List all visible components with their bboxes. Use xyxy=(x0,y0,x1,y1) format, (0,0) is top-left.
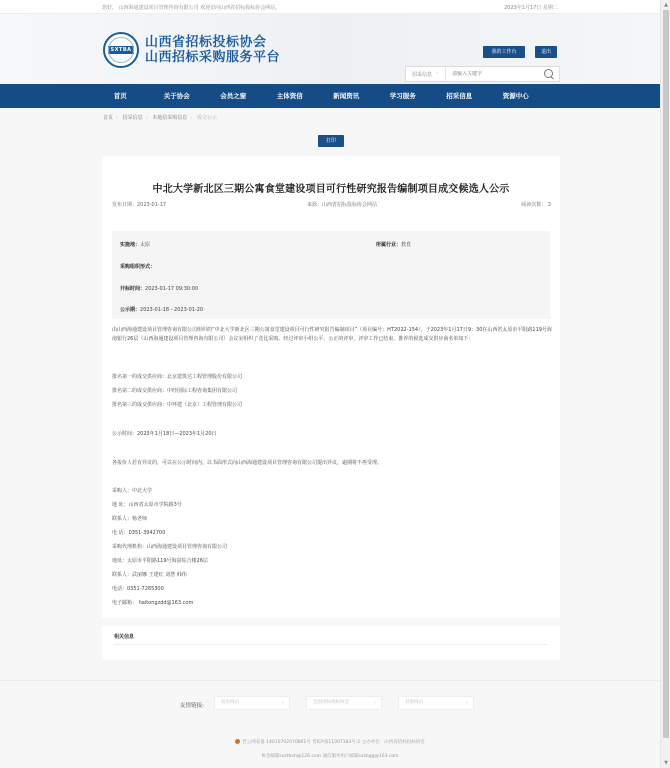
breadcrumb-home[interactable]: 首页 xyxy=(103,115,113,121)
contact-line: 联系人：杨老师 xyxy=(112,515,552,524)
breadcrumb-current: 成交公示 xyxy=(197,115,217,121)
contact-email: 电子邮箱： haitongzdd@163.com xyxy=(112,599,552,608)
candidate-3: 排名第三的成交供应商：中环建（北京）工程管理有限公司 xyxy=(112,401,552,410)
nav-learning[interactable]: 学习服务 xyxy=(375,84,432,108)
contact-line: 地址：太原市平阳路119号海富综合楼26层 xyxy=(112,557,552,566)
friend-links-label: 友情链接: xyxy=(180,701,204,709)
site-logo[interactable]: SXTBA 山西省招标投标协会 山西招标采购服务平台 xyxy=(103,32,280,68)
chevron-down-icon: ⌄ xyxy=(465,697,469,709)
intro-paragraph: 由山西海通建设项目管理咨询有限公司组织的“中北大学新北区三期公寓食堂建设项目可行… xyxy=(112,326,552,344)
article-source: 来源：山西省招标投标协会网站 xyxy=(307,201,377,208)
gov-links-select[interactable]: 政府网站⌄ xyxy=(214,696,290,710)
article: 中北大学新北区三期公寓食堂建设项目可行性研究报告编制项目成交候选人公示 发布日期… xyxy=(102,156,560,618)
breadcrumb-procurement[interactable]: 招采信息 xyxy=(123,115,143,121)
contact-line: 采购人：中北大学 xyxy=(112,487,552,496)
record-line: 晋公网安备 14010702070801号 晋ICP备11007383号-2 主… xyxy=(0,736,660,750)
info-box: 实施地：太原 所属行业：教育 采购组织形式： 开标时间：2023-01-17 0… xyxy=(112,231,550,319)
contact-email-line: 协会邮箱sxztbxh@126.com 诚信服务用户邮箱sxzbgg@163.c… xyxy=(0,750,660,764)
candidate-2: 排名第二的成交供应商：中经国际工程咨询集团有限公司 xyxy=(112,387,552,396)
workbench-button[interactable]: 我的工作台 xyxy=(483,46,525,58)
scroll-down-icon[interactable]: ▼ xyxy=(661,758,670,768)
contact-line: 电 话：0351-3942700 xyxy=(112,529,552,538)
vertical-scrollbar[interactable]: ▲ ▼ xyxy=(660,0,670,768)
header: SXTBA 山西省招标投标协会 山西招标采购服务平台 我的工作台 退出 招采信息… xyxy=(0,14,660,84)
search-icon[interactable] xyxy=(542,67,556,81)
info-org-form: 采购组织形式： xyxy=(120,263,155,270)
scroll-up-icon[interactable]: ▲ xyxy=(661,0,670,10)
main-nav: 首页 关于协会 会员之窗 主体资信 新闻资讯 学习服务 招采信息 资源中心 xyxy=(0,84,660,108)
info-industry: 所属行业：教育 xyxy=(376,241,411,248)
logout-button[interactable]: 退出 xyxy=(535,46,557,58)
assoc-links-select[interactable]: 全国招标投标协会⌄ xyxy=(306,696,382,710)
publish-date: 发布日期：2023-01-17 xyxy=(112,201,166,208)
other-links-select[interactable]: 其他网站⌄ xyxy=(398,696,474,710)
nav-about[interactable]: 关于协会 xyxy=(149,84,206,108)
search-category-select[interactable]: 招采信息 ﹀ xyxy=(406,67,446,81)
objection-notice: 各报价人若有异议的，可以在公示时间内，以书面形式向山西海通建设项目管理咨询有限公… xyxy=(112,459,552,468)
nav-members[interactable]: 会员之窗 xyxy=(205,84,262,108)
search-bar: 招采信息 ﹀ xyxy=(405,66,560,82)
police-badge-icon xyxy=(235,739,240,744)
nav-news[interactable]: 新闻资讯 xyxy=(318,84,375,108)
contact-line: 联系人：武丽娜 王建红 刘慧 韩伟 xyxy=(112,571,552,580)
current-date: 2023年1月17日 星期二 xyxy=(504,4,558,11)
search-input[interactable] xyxy=(446,71,542,77)
print-button[interactable]: 打印 xyxy=(318,135,344,147)
info-location: 实施地：太原 xyxy=(120,241,150,248)
chevron-down-icon: ﹀ xyxy=(435,71,439,77)
platform-name: 山西招标采购服务平台 xyxy=(145,50,280,65)
scrollbar-thumb[interactable] xyxy=(663,10,669,738)
nav-procurement[interactable]: 招采信息 xyxy=(431,84,488,108)
divider xyxy=(114,644,548,645)
breadcrumb: 首页› 招采信息› 本地招采购信息› 成交公示 xyxy=(103,114,217,121)
footer: 晋公网安备 14010702070801号 晋ICP备11007383号-2 主… xyxy=(0,736,660,764)
contact-line: 电话：0351-7285300 xyxy=(112,585,552,594)
candidate-1: 排名第一的成交供应商：北京建筑达工程管理股份有限公司 xyxy=(112,373,552,382)
nav-home[interactable]: 首页 xyxy=(92,84,149,108)
chevron-down-icon: ⌄ xyxy=(281,697,285,709)
publicity-time: 公示时间：2023年1月18日—2023年1月20日 xyxy=(112,430,552,439)
friend-links: 友情链接: 政府网站⌄ 全国招标投标协会⌄ 其他网站⌄ xyxy=(0,680,660,720)
nav-resources[interactable]: 资源中心 xyxy=(488,84,545,108)
top-bar: 您好。 山西海通建设项目管理咨询有限公司 欢迎访问山西省招标投标协会网站。 20… xyxy=(0,0,660,14)
org-name: 山西省招标投标协会 xyxy=(145,35,280,50)
logo-emblem-icon: SXTBA xyxy=(103,32,139,68)
contact-line: 地 址：山西省太原市学院路3号 xyxy=(112,501,552,510)
page: 您好。 山西海通建设项目管理咨询有限公司 欢迎访问山西省招标投标协会网站。 20… xyxy=(0,0,660,768)
article-title: 中北大学新北区三期公寓食堂建设项目可行性研究报告编制项目成交候选人公示 xyxy=(102,180,560,195)
info-open-time: 开标时间：2023-01-17 09:30:00 xyxy=(120,285,198,292)
info-publicity: 公示期：2023-01-18 - 2023-01-20 xyxy=(120,306,203,313)
breadcrumb-local[interactable]: 本地招采购信息 xyxy=(152,115,187,121)
related-info-label: 相关信息 xyxy=(114,633,134,640)
nav-credit[interactable]: 主体资信 xyxy=(262,84,319,108)
welcome-text: 您好。 山西海通建设项目管理咨询有限公司 欢迎访问山西省招标投标协会网站。 xyxy=(102,4,280,11)
view-count: 阅读次数： 3 xyxy=(521,201,551,208)
contact-line: 采购代理机构：山西海通建设项目管理咨询有限公司 xyxy=(112,543,552,552)
related-info: 相关信息 xyxy=(102,626,560,660)
chevron-down-icon: ⌄ xyxy=(373,697,377,709)
